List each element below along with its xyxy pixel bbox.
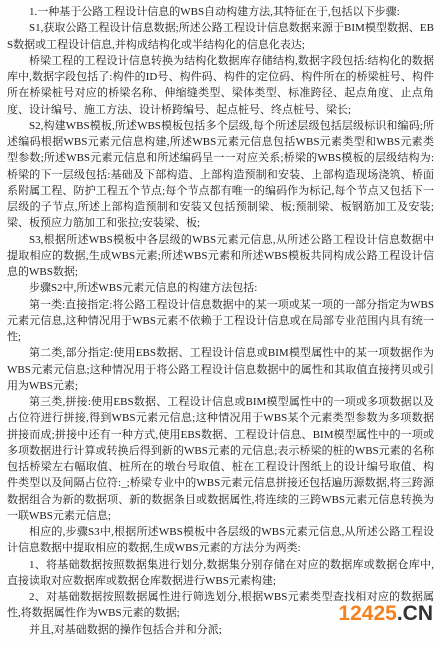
claim-paragraph: 第三类,拼接:使用EBS数据、工程设计信息或BIM模型属性中的一项或多项数据以及… xyxy=(7,394,434,524)
claim-paragraph: S3,根据所述WBS模板中各层级的WBS元素元信息,从所述公路工程设计信息数据中… xyxy=(7,232,434,281)
claim-paragraph: 相应的,步骤S3中,根据所述WBS模板中各层级的WBS元素元信息,从所述公路工程… xyxy=(7,524,434,557)
claim-paragraph: 1、将基础数据按照数据集进行划分,数据集分别存储在对应的数据库或数据仓库中,直接… xyxy=(7,557,434,590)
claims-page: 1.一种基于公路工程设计信息的WBS自动构建方法,其特征在于,包括以下步骤: S… xyxy=(0,0,441,646)
watermark-number: 12425 xyxy=(338,602,396,625)
claim-paragraph: S2,构建WBS模板,所述WBS模板包括多个层级,每个所述层级包括层级标识和编码… xyxy=(7,118,434,232)
watermark: 12425.CN xyxy=(338,603,433,624)
claim-paragraph: 第二类,部分指定:使用EBS数据、工程设计信息或BIM模型属性中的某一项数据作为… xyxy=(7,345,434,394)
claim-paragraph: 第一类:直接指定:将公路工程设计信息数据中的某一项或某一项的一部分指定为WBS元… xyxy=(7,297,434,346)
claim-paragraph: 1.一种基于公路工程设计信息的WBS自动构建方法,其特征在于,包括以下步骤: xyxy=(7,4,434,20)
claim-paragraph: 步骤S2中,所述WBS元素元信息的构建方法包括: xyxy=(7,280,434,296)
claim-paragraph: 桥梁工程的工程设计信息转换为结构化数据库存储结构,数据字段包括:结构化的数据库中… xyxy=(7,53,434,118)
watermark-suffix: .CN xyxy=(397,602,433,625)
claim-paragraph: S1,获取公路工程设计信息数据;所述公路工程设计信息数据来源于BIM模型数据、E… xyxy=(7,20,434,53)
